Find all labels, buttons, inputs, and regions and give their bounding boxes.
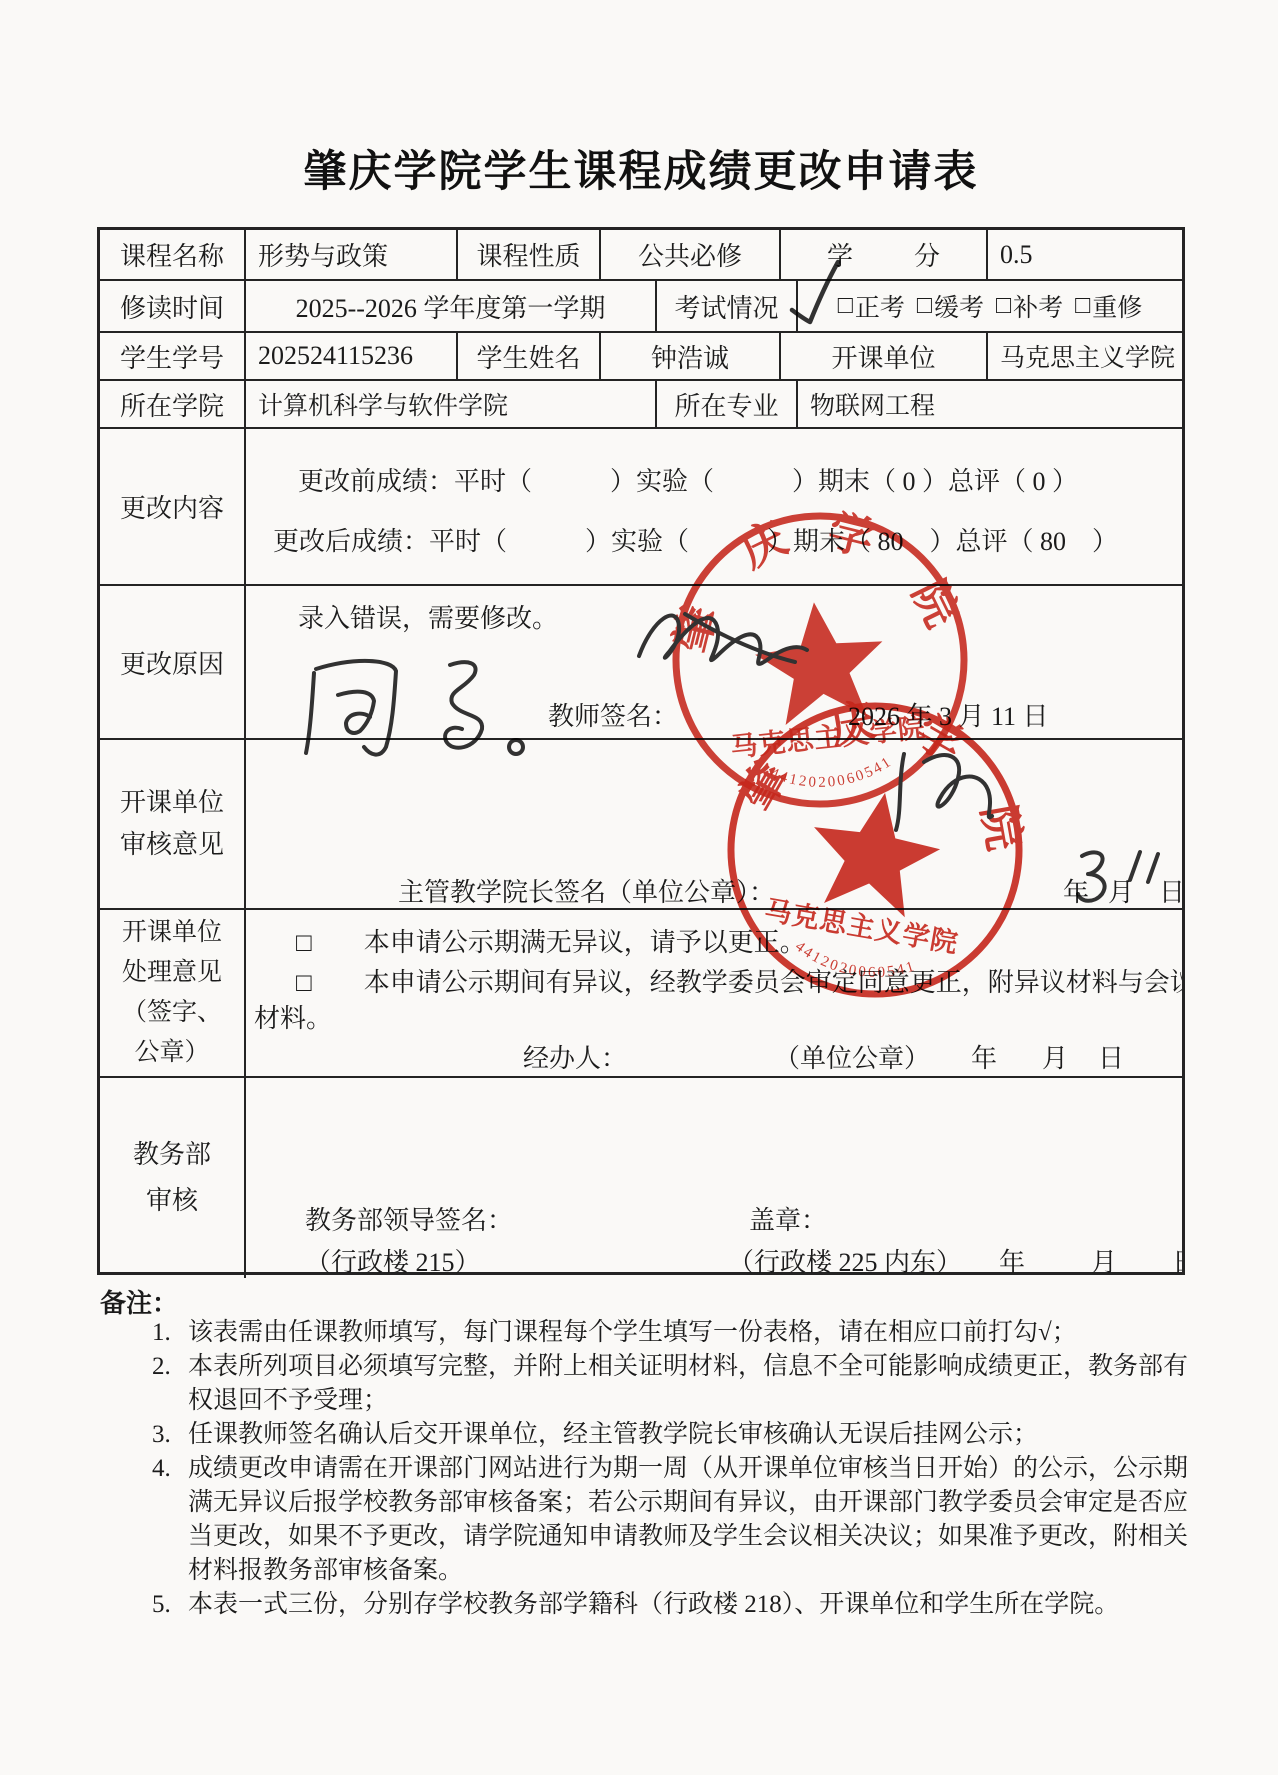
credit-label-char2: 分: [914, 236, 940, 273]
exam-status-label: 考试情况: [657, 281, 798, 331]
unit-seal-label: （单位公章）: [774, 1038, 930, 1075]
dean-sign-label: 主管教学院长签名（单位公章）：: [398, 872, 775, 908]
change-reason-cell: 录入错误，需要修改。 教师签名： 2026 年 3 月 11 日: [246, 586, 1182, 738]
checkbox-icon: □: [296, 968, 312, 997]
exam-option-deferred: □缓考: [917, 288, 984, 324]
credit-label-char1: 学: [827, 236, 853, 273]
month-label: 月: [1108, 872, 1134, 908]
note-item: 3.任课教师签名确认后交开课单位，经主管教学院长审核确认无误后挂网公示；: [152, 1418, 1190, 1452]
table-row: 课程名称 形势与政策 课程性质 公共必修 学 分 0.5: [100, 230, 1182, 281]
term-value: 2025--2026 学年度第一学期: [246, 281, 657, 331]
student-name-value: 钟浩诚: [601, 333, 781, 379]
unit-decision-label: 开课单位 处理意见 （签字、 公章）: [100, 910, 246, 1076]
table-row: 更改原因 录入错误，需要修改。 教师签名： 2026 年 3 月 11 日: [100, 586, 1182, 740]
major-label: 所在专业: [657, 381, 798, 427]
term-label: 修读时间: [100, 281, 246, 331]
page-title: 肇庆学院学生课程成绩更改申请表: [97, 138, 1185, 199]
checkbox-icon: □: [838, 292, 853, 320]
day-label: 日: [1159, 872, 1182, 908]
office-location-1: （行政楼 215）: [305, 1242, 481, 1278]
note-item: 2.本表所列项目必须填写完整，并附上相关证明材料，信息不全可能影响成绩更正，教务…: [152, 1350, 1190, 1418]
exam-option-retake: □重修: [1075, 288, 1142, 324]
leader-sign-label: 教务部领导签名：: [305, 1200, 513, 1237]
change-content-cell: 更改前成绩：平时（ ）实验（ ）期末（ 0 ）总评（ 0 ） 更改后成绩：平时（…: [246, 429, 1182, 584]
decision-option-2-cont: 材料。: [254, 998, 332, 1035]
teacher-sign-date: 2026 年 3 月 11 日: [848, 696, 1049, 733]
stamp-here-label: 盖章：: [749, 1200, 827, 1237]
table-row: 开课单位 审核意见 主管教学院长签名（单位公章）： 年 月 日: [100, 740, 1182, 910]
course-name-label: 课程名称: [100, 230, 246, 279]
course-name-value: 形势与政策: [246, 230, 458, 279]
grade-change-form-page: 肇庆学院学生课程成绩更改申请表 课程名称 形势与政策 课程性质 公共必修 学 分…: [0, 0, 1278, 1775]
score-after-line: 更改后成绩：平时（ ）实验（ ）期末（ 80 ）总评（ 80 ）: [273, 521, 1118, 558]
teacher-sign-label: 教师签名：: [548, 696, 678, 733]
academic-review-label: 教务部 审核: [100, 1078, 246, 1278]
academic-review-cell: 教务部领导签名： 盖章： （行政楼 215） （行政楼 225 内东） 年 月 …: [246, 1078, 1182, 1278]
note-item: 1.该表需由任课教师填写，每门课程每个学生填写一份表格，请在相应口前打勾√；: [152, 1316, 1190, 1350]
table-row: 学生学号 202524115236 学生姓名 钟浩诚 开课单位 马克思主义学院: [100, 333, 1182, 381]
change-reason-text: 录入错误，需要修改。: [298, 598, 558, 635]
office-location-2: （行政楼 225 内东）: [728, 1242, 962, 1278]
checkbox-icon: □: [296, 928, 312, 957]
college-label: 所在学院: [100, 381, 246, 427]
note-item: 5.本表一式三份，分别存学校教务部学籍科（行政楼 218）、开课单位和学生所在学…: [152, 1588, 1190, 1622]
month-label: 月: [1042, 1038, 1068, 1075]
year-label: 年: [999, 1242, 1025, 1278]
checkbox-icon: □: [1075, 292, 1090, 320]
credit-value: 0.5: [988, 230, 1182, 279]
exam-status-options: □正考 □缓考 □补考 □重修: [798, 281, 1182, 331]
decision-option-2: □本申请公示期间有异议，经教学委员会审定同意更正，附异议材料与会议: [296, 962, 1182, 999]
checkbox-icon: □: [996, 292, 1011, 320]
month-label: 月: [1091, 1242, 1117, 1278]
table-row: 教务部 审核 教务部领导签名： 盖章： （行政楼 215） （行政楼 225 内…: [100, 1078, 1182, 1278]
change-content-label: 更改内容: [100, 429, 246, 584]
note-item: 4.成绩更改申请需在开课部门网站进行为期一周（从开课单位审核当日开始）的公示，公…: [152, 1452, 1190, 1588]
exam-option-makeup: □补考: [996, 288, 1063, 324]
year-label: 年: [971, 1038, 997, 1075]
day-label: 日: [1172, 1242, 1182, 1278]
checkbox-icon: □: [917, 292, 932, 320]
course-type-value: 公共必修: [601, 230, 781, 279]
credit-label: 学 分: [781, 230, 988, 279]
table-row: 所在学院 计算机科学与软件学院 所在专业 物联网工程: [100, 381, 1182, 429]
unit-review-cell: 主管教学院长签名（单位公章）： 年 月 日: [246, 740, 1182, 908]
table-row: 开课单位 处理意见 （签字、 公章） □本申请公示期满无异议，请予以更正。 □本…: [100, 910, 1182, 1078]
score-before-line: 更改前成绩：平时（ ）实验（ ）期末（ 0 ）总评（ 0 ）: [298, 461, 1078, 498]
change-reason-label: 更改原因: [100, 586, 246, 738]
exam-option-normal: □正考: [838, 288, 905, 324]
student-name-label: 学生姓名: [458, 333, 601, 379]
table-row: 更改内容 更改前成绩：平时（ ）实验（ ）期末（ 0 ）总评（ 0 ） 更改后成…: [100, 429, 1182, 586]
major-value: 物联网工程: [798, 381, 1182, 427]
student-id-label: 学生学号: [100, 333, 246, 379]
student-id-value: 202524115236: [246, 333, 458, 379]
college-value: 计算机科学与软件学院: [246, 381, 657, 427]
offering-unit-label: 开课单位: [781, 333, 988, 379]
day-label: 日: [1098, 1038, 1124, 1075]
unit-review-label: 开课单位 审核意见: [100, 740, 246, 908]
year-label: 年: [1063, 872, 1089, 908]
notes-list: 1.该表需由任课教师填写，每门课程每个学生填写一份表格，请在相应口前打勾√； 2…: [152, 1316, 1190, 1622]
offering-unit-value: 马克思主义学院: [988, 333, 1182, 379]
course-type-label: 课程性质: [458, 230, 601, 279]
table-row: 修读时间 2025--2026 学年度第一学期 考试情况 □正考 □缓考 □补考…: [100, 281, 1182, 333]
unit-decision-cell: □本申请公示期满无异议，请予以更正。 □本申请公示期间有异议，经教学委员会审定同…: [246, 910, 1182, 1076]
handler-label: 经办人：: [523, 1038, 627, 1075]
notes-label: 备注：: [100, 1283, 178, 1320]
decision-option-1: □本申请公示期满无异议，请予以更正。: [296, 922, 806, 959]
form-table: 课程名称 形势与政策 课程性质 公共必修 学 分 0.5 修读时间 2025--…: [97, 227, 1185, 1275]
